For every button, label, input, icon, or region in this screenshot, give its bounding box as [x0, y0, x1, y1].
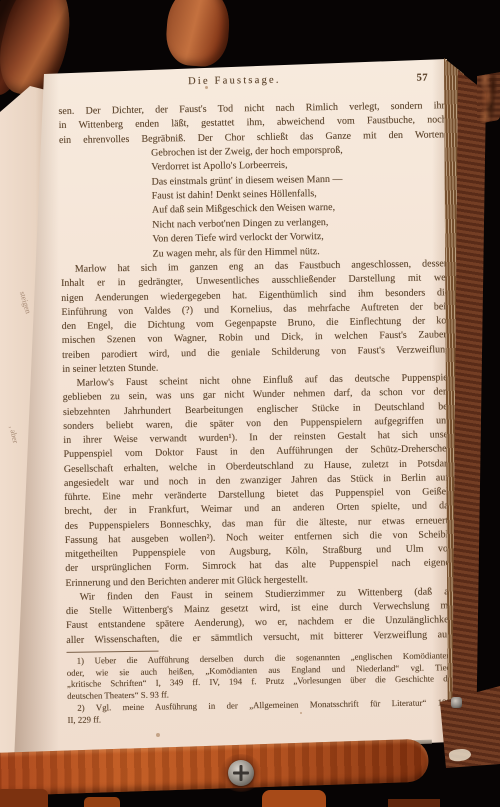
paper-speck — [300, 712, 302, 714]
paper-speck — [205, 86, 208, 89]
page-title: Die Faustsage. — [188, 75, 281, 87]
book-page: Die Faustsage. 57 sen. Der Dichter, der … — [0, 0, 500, 807]
paper-speck — [156, 733, 160, 737]
stand-lower-frame — [262, 790, 326, 807]
left-page-text-fragment: steigen — [18, 290, 33, 314]
stand-center-prong — [164, 0, 231, 68]
stand-lower-frame — [84, 797, 120, 807]
page-top-edge — [40, 42, 452, 70]
left-page-text-fragment: , aber — [8, 425, 20, 444]
phillips-screw-icon — [228, 760, 254, 786]
stand-lower-frame — [388, 799, 440, 807]
book-photo-scene: steigen , aber Die Faustsage. 57 sen. De… — [0, 0, 500, 807]
body-text: sen. Der Dichter, der Faust's Tod nicht … — [58, 99, 454, 647]
cover-screw-icon — [451, 697, 462, 708]
page-number: 57 — [416, 73, 428, 84]
footnotes: 1) Ueber die Aufführung derselben durch … — [67, 650, 456, 727]
footnote-rule — [67, 650, 159, 652]
running-header: Die Faustsage. 57 — [58, 72, 446, 94]
cover-top-corner — [477, 72, 500, 124]
stand-lower-frame — [0, 789, 48, 807]
page-text: Die Faustsage. 57 sen. Der Dichter, der … — [58, 72, 456, 726]
